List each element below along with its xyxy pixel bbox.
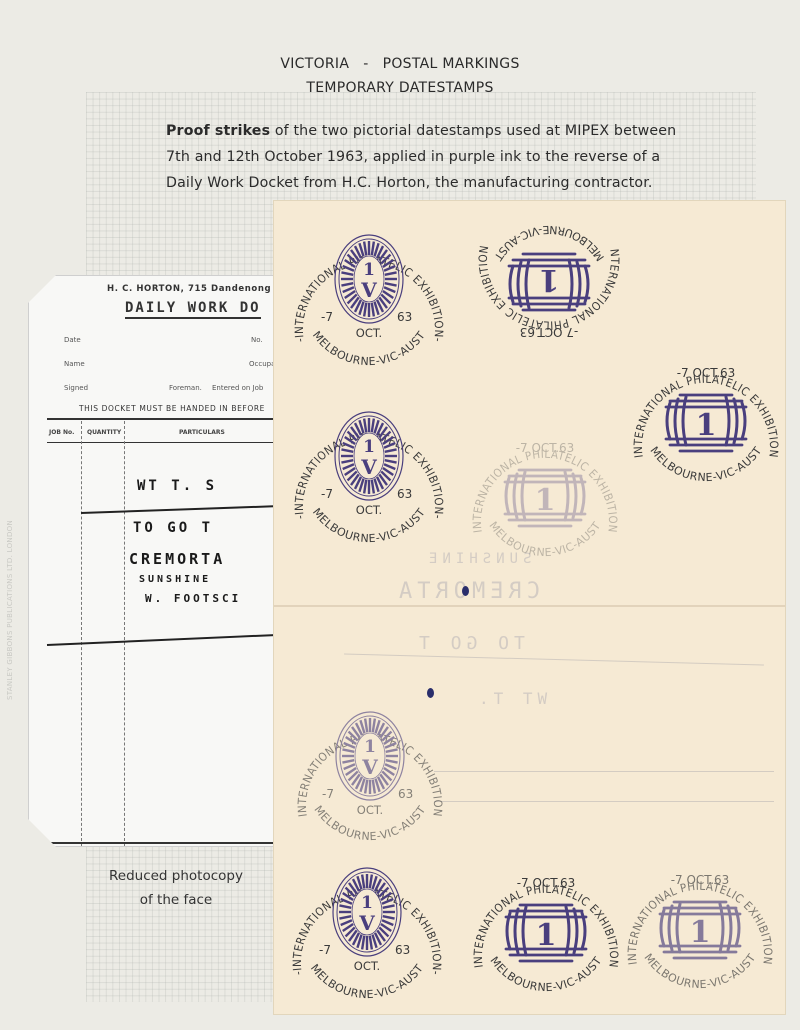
round-datestamp-strike-faint: -INTERNATIONAL PHILATELIC EXHIBITION-MEL… <box>468 403 622 557</box>
docket-title: DAILY WORK DO <box>125 300 261 319</box>
show-through-text: TO GO T <box>414 633 525 654</box>
page-title-line2: TEMPORARY DATESTAMPS <box>0 76 800 100</box>
svg-text:1: 1 <box>364 737 376 757</box>
column-particulars: PARTICULARS <box>179 429 225 436</box>
svg-text:OCT.: OCT. <box>356 326 382 340</box>
field-no: No. <box>251 336 263 344</box>
handwriting-line: TO GO T <box>133 520 213 536</box>
oval-datestamp-strike: -INTERNATIONAL PHILATELIC EXHIBITION-MEL… <box>290 208 448 366</box>
svg-text:MELBOURNE-VIC-AUST: MELBOURNE-VIC-AUST <box>491 223 607 264</box>
field-name: Name <box>64 360 85 368</box>
handwriting-line: CREMORTA <box>129 550 225 568</box>
svg-text:-7 OCT.63: -7 OCT.63 <box>516 441 575 455</box>
svg-text:1: 1 <box>539 262 560 297</box>
svg-text:1: 1 <box>535 483 556 518</box>
svg-text:1: 1 <box>696 408 717 443</box>
svg-text:1: 1 <box>690 915 711 950</box>
round-datestamp-strike-light: -INTERNATIONAL PHILATELIC EXHIBITION-MEL… <box>623 835 777 989</box>
oval-datestamp-strike: -INTERNATIONAL PHILATELIC EXHIBITION-MEL… <box>290 385 448 543</box>
field-entered: Entered on Job <box>212 384 263 392</box>
field-occupation: Occupa <box>249 360 275 368</box>
ink-spot <box>462 586 469 596</box>
handwriting-line: WT T. S <box>137 478 217 494</box>
divider <box>47 634 282 646</box>
svg-text:-7 OCT.63: -7 OCT.63 <box>517 876 576 890</box>
show-through-line <box>434 801 774 802</box>
svg-text:63: 63 <box>395 943 410 957</box>
oval-datestamp-strike-light: -INTERNATIONAL PHILATELIC EXHIBITION-MEL… <box>293 687 447 841</box>
docket-notice: THIS DOCKET MUST BE HANDED IN BEFORE <box>79 404 265 413</box>
page-heading: VICTORIA-POSTAL MARKINGS TEMPORARY DATES… <box>0 52 800 100</box>
show-through-text: WT T. <box>474 689 547 708</box>
svg-text:63: 63 <box>397 487 412 501</box>
column-line <box>81 421 82 846</box>
svg-text:V: V <box>361 755 378 779</box>
svg-text:V: V <box>358 911 375 935</box>
round-datestamp-strike: -INTERNATIONAL PHILATELIC EXHIBITION-MEL… <box>469 838 623 992</box>
svg-text:V: V <box>360 278 377 302</box>
svg-text:-7 OCT.63: -7 OCT.63 <box>677 366 736 380</box>
intro-bold-lead: Proof strikes <box>166 123 270 139</box>
column-quantity: QUANTITY <box>87 429 121 436</box>
svg-text:V: V <box>360 455 377 479</box>
column-job-no: JOB No. <box>49 429 74 436</box>
svg-text:-7: -7 <box>321 310 333 324</box>
svg-text:-7 OCT.63: -7 OCT.63 <box>671 873 730 887</box>
divider <box>81 505 281 514</box>
svg-text:-7 OCT.63: -7 OCT.63 <box>520 325 579 339</box>
column-line <box>124 421 125 846</box>
docket-photocopy: H. C. HORTON, 715 Dandenong DAILY WORK D… <box>28 275 280 847</box>
field-foreman: Foreman. <box>169 384 202 392</box>
show-through-line <box>434 771 774 772</box>
svg-text:1: 1 <box>361 893 373 913</box>
svg-text:OCT.: OCT. <box>357 803 383 817</box>
handwriting-line: W. FOOTSCI <box>145 592 241 605</box>
handwriting-line: SUNSHINE <box>139 574 211 585</box>
svg-text:-7: -7 <box>321 487 333 501</box>
field-signed: Signed <box>64 384 88 392</box>
round-datestamp-strike-inverted: -INTERNATIONAL PHILATELIC EXHIBITION-MEL… <box>474 225 624 375</box>
show-through-line <box>344 654 764 666</box>
divider <box>47 418 279 420</box>
docket-company: H. C. HORTON, 715 Dandenong <box>107 284 271 294</box>
fold-crease <box>274 605 785 607</box>
svg-text:-7: -7 <box>322 787 334 801</box>
page-title-line1: VICTORIA-POSTAL MARKINGS <box>0 52 800 76</box>
svg-text:63: 63 <box>397 310 412 324</box>
svg-text:-7: -7 <box>319 943 331 957</box>
field-date: Date <box>64 336 81 344</box>
svg-text:63: 63 <box>398 787 413 801</box>
caption: Reduced photocopy of the face <box>86 864 266 912</box>
svg-text:OCT.: OCT. <box>354 959 380 973</box>
side-imprint: STANLEY GIBBONS PUBLICATIONS LTD. LONDON <box>6 520 14 700</box>
svg-text:1: 1 <box>536 918 557 953</box>
svg-text:1: 1 <box>363 437 375 457</box>
svg-text:OCT.: OCT. <box>356 503 382 517</box>
svg-text:1: 1 <box>363 260 375 280</box>
oval-datestamp-strike: -INTERNATIONAL PHILATELIC EXHIBITION-MEL… <box>288 841 446 999</box>
intro-description: Proof strikes of the two pictorial dates… <box>166 118 696 196</box>
round-datestamp-strike: -INTERNATIONAL PHILATELIC EXHIBITION-MEL… <box>629 328 783 482</box>
divider <box>29 842 279 844</box>
